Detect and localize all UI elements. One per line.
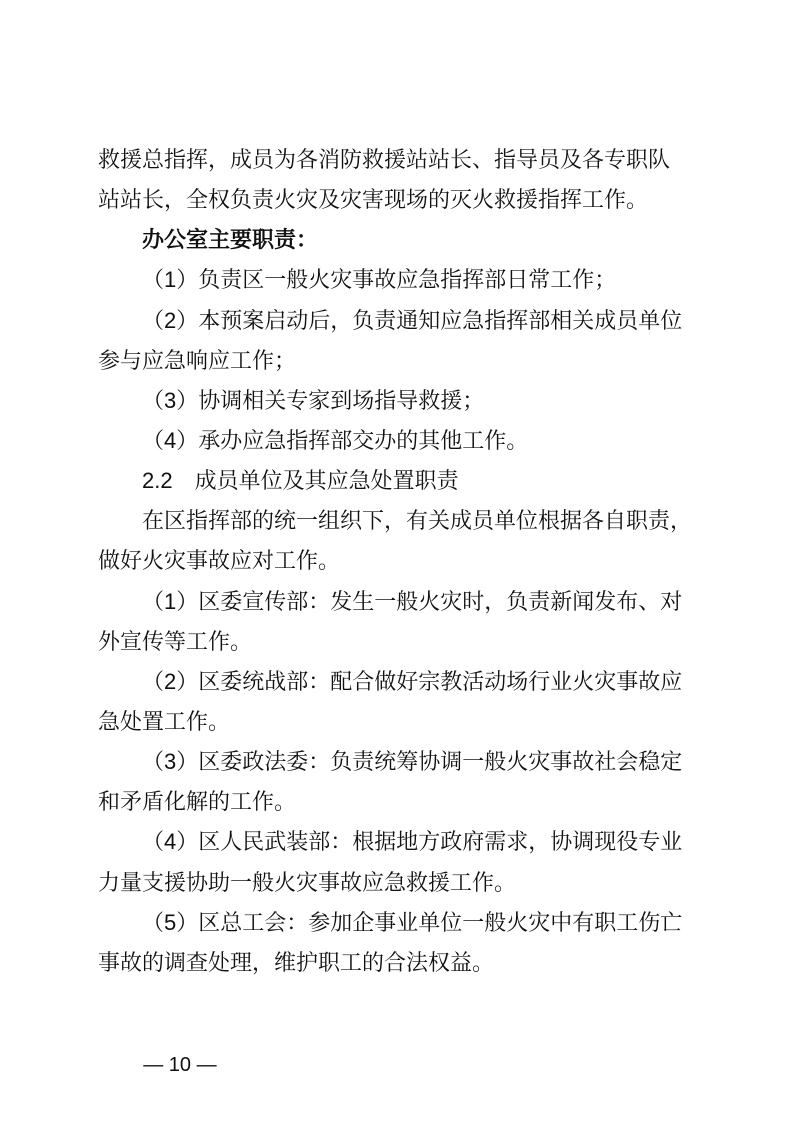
text-line-13: 外宣传等工作。 [98,622,678,662]
text-line-15: 急处置工作。 [98,702,678,742]
text-line-17: 和矛盾化解的工作。 [98,782,678,822]
text-line-14: （2）区委统战部：配合做好宗教活动场行业火灾事故应 [98,662,678,702]
text-line-16: （3）区委政法委：负责统筹协调一般火灾事故社会稳定 [98,742,678,782]
section-heading-2-2: 2.2 成员单位及其应急处置职责 [98,461,678,501]
text-line-2: 站站长，全权负责火灾及灾害现场的灭火救援指挥工作。 [98,180,678,220]
text-line-4: （1）负责区一般火灾事故应急指挥部日常工作； [98,260,678,300]
page-number: — 10 — [143,1054,216,1076]
section-heading-office-duties: 办公室主要职责： [98,220,678,260]
document-page: 救援总指挥，成员为各消防救援站站长、指导员及各专职队 站站长，全权负责火灾及灾害… [0,0,793,1122]
text-line-6: 参与应急响应工作； [98,341,678,381]
text-line-10: 在区指挥部的统一组织下，有关成员单位根据各自职责， [98,501,678,541]
document-body: 救援总指挥，成员为各消防救援站站长、指导员及各专职队 站站长，全权负责火灾及灾害… [98,140,678,983]
text-line-5: （2）本预案启动后，负责通知应急指挥部相关成员单位 [98,301,678,341]
text-line-11: 做好火灾事故应对工作。 [98,541,678,581]
text-line-19: 力量支援协助一般火灾事故应急救援工作。 [98,863,678,903]
text-line-7: （3）协调相关专家到场指导救援； [98,381,678,421]
text-line-21: 事故的调查处理，维护职工的合法权益。 [98,943,678,983]
text-line-20: （5）区总工会：参加企事业单位一般火灾中有职工伤亡 [98,903,678,943]
text-line-8: （4）承办应急指挥部交办的其他工作。 [98,421,678,461]
text-line-1: 救援总指挥，成员为各消防救援站站长、指导员及各专职队 [98,140,678,180]
text-line-12: （1）区委宣传部：发生一般火灾时，负责新闻发布、对 [98,582,678,622]
text-line-18: （4）区人民武装部：根据地方政府需求，协调现役专业 [98,822,678,862]
page-footer: — 10 — [121,1029,217,1053]
